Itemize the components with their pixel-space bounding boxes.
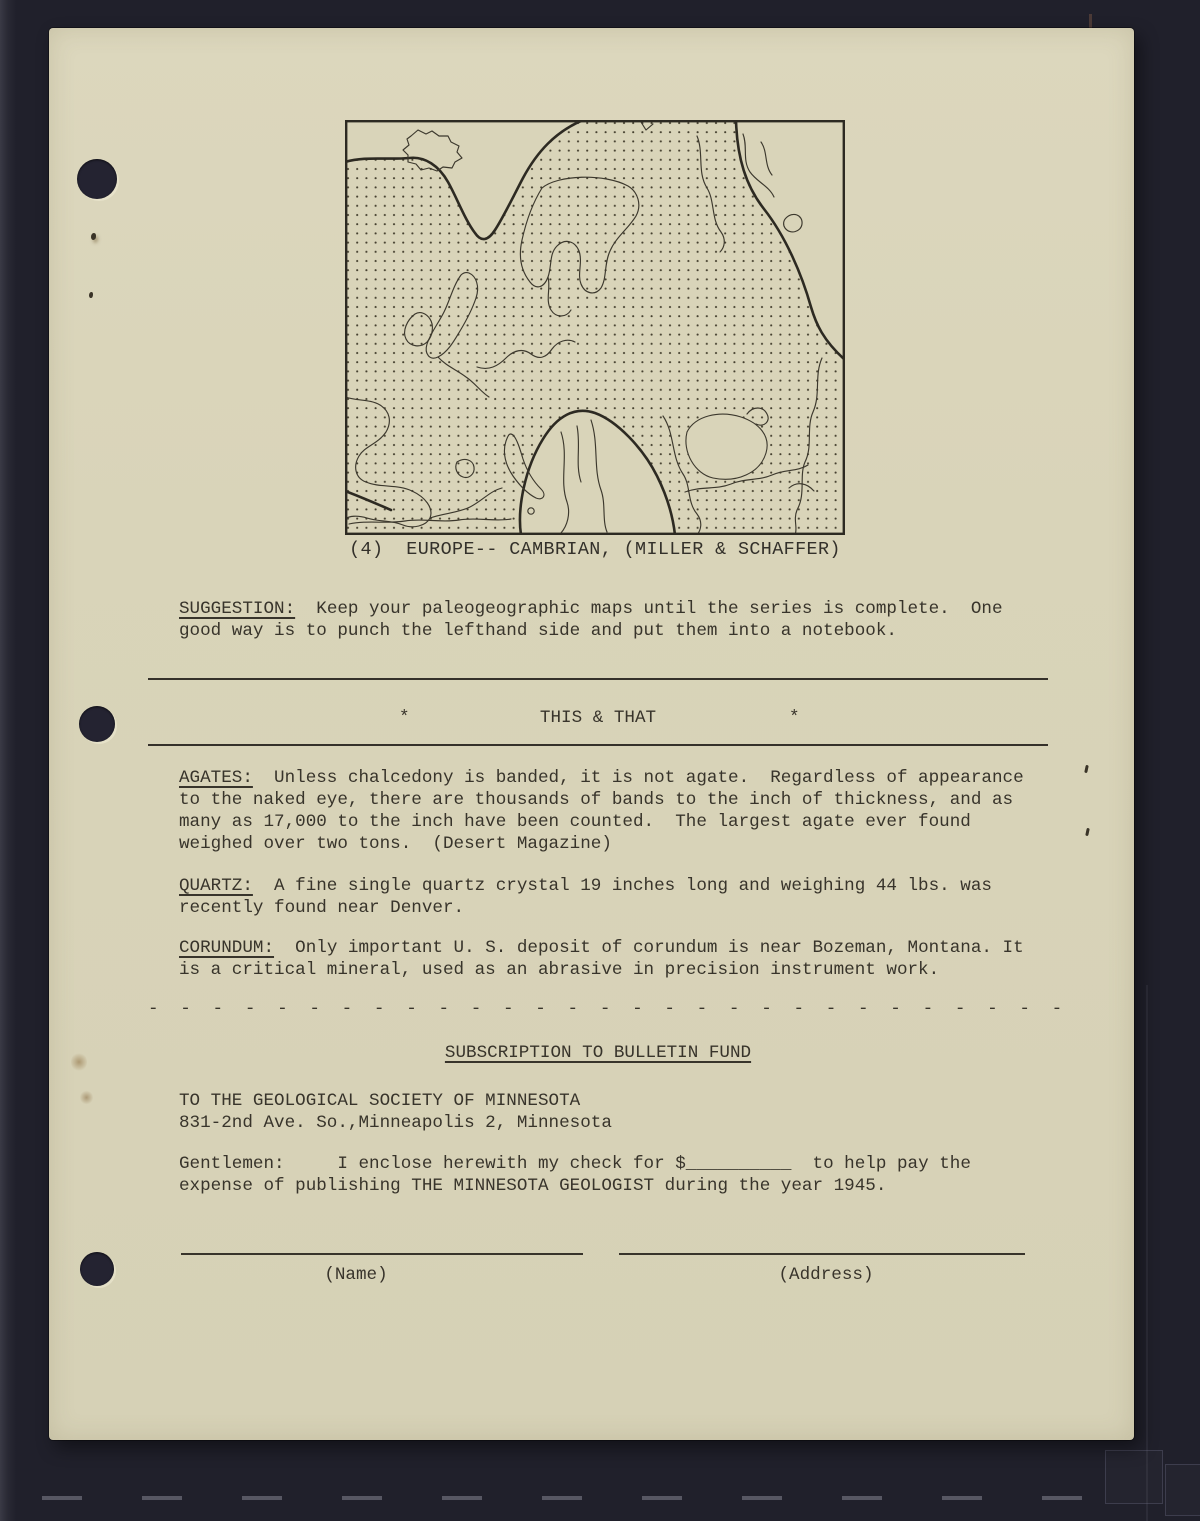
section-rule-top (148, 678, 1048, 680)
quartz-line-1: QUARTZ: A fine single quartz crystal 19 … (179, 875, 992, 897)
corundum-label: CORUNDUM: (179, 938, 274, 958)
punch-hole-bottom (80, 1252, 114, 1286)
addressee-line-2: 831-2nd Ave. So.,Minneapolis 2, Minnesot… (179, 1112, 612, 1134)
address-signature-line (619, 1253, 1025, 1255)
section-title: THIS & THAT (148, 707, 1048, 729)
agates-line-1: AGATES: Unless chalcedony is banded, it … (179, 767, 1024, 789)
scan-bed-ruler-marks (42, 1496, 1102, 1500)
name-label: (Name) (324, 1264, 387, 1286)
scan-bed-mark (1165, 1464, 1200, 1516)
subscription-title-row: SUBSCRIPTION TO BULLETIN FUND (148, 1042, 1048, 1064)
agates-line-2: to the naked eye, there are thousands of… (179, 789, 1013, 811)
suggestion-line-1: SUGGESTION: Keep your paleogeographic ma… (179, 598, 1003, 620)
margin-mark (1084, 765, 1089, 773)
section-rule-bottom (148, 744, 1048, 746)
corundum-line-1: CORUNDUM: Only important U. S. deposit o… (179, 937, 1024, 959)
europe-cambrian-map (345, 120, 845, 535)
map-drawing (345, 120, 845, 535)
addressee-line-1: TO THE GEOLOGICAL SOCIETY OF MINNESOTA (179, 1090, 580, 1112)
paper-stain (71, 1052, 87, 1072)
ink-speck (89, 292, 93, 298)
subscription-title: SUBSCRIPTION TO BULLETIN FUND (445, 1043, 751, 1063)
punch-hole-top (77, 159, 117, 199)
paper-stain (80, 1090, 93, 1105)
dashed-divider: - - - - - - - - - - - - - - - - - - - - … (148, 998, 1062, 1020)
check-amount-blank: __________ (686, 1154, 792, 1174)
agates-label: AGATES: (179, 768, 253, 788)
scan-bed-left-strip (0, 0, 16, 1521)
quartz-line-2: recently found near Denver. (179, 897, 464, 919)
agates-line-4: weighed over two tons. (Desert Magazine) (179, 833, 612, 855)
corundum-line-2: is a critical mineral, used as an abrasi… (179, 959, 939, 981)
map-caption: (4) EUROPE-- CAMBRIAN, (MILLER & SCHAFFE… (329, 539, 861, 560)
gentlemen-line-1: Gentlemen: I enclose herewith my check f… (179, 1153, 971, 1175)
suggestion-label: SUGGESTION: (179, 599, 295, 619)
punch-hole-middle (79, 706, 115, 742)
margin-mark (1085, 828, 1090, 836)
agates-line-3: many as 17,000 to the inch have been cou… (179, 811, 971, 833)
suggestion-line-2: good way is to punch the lefthand side a… (179, 620, 897, 642)
scan-bed-mark (1105, 1450, 1163, 1504)
scanned-bulletin-page: (4) EUROPE-- CAMBRIAN, (MILLER & SCHAFFE… (49, 28, 1134, 1440)
address-label: (Address) (778, 1264, 873, 1286)
quartz-label: QUARTZ: (179, 876, 253, 896)
asterisk-right: * (789, 707, 800, 729)
gentlemen-line-2: expense of publishing THE MINNESOTA GEOL… (179, 1175, 886, 1197)
ink-speck (91, 233, 96, 240)
name-signature-line (181, 1253, 583, 1255)
scan-bed-seam (1146, 985, 1148, 1521)
